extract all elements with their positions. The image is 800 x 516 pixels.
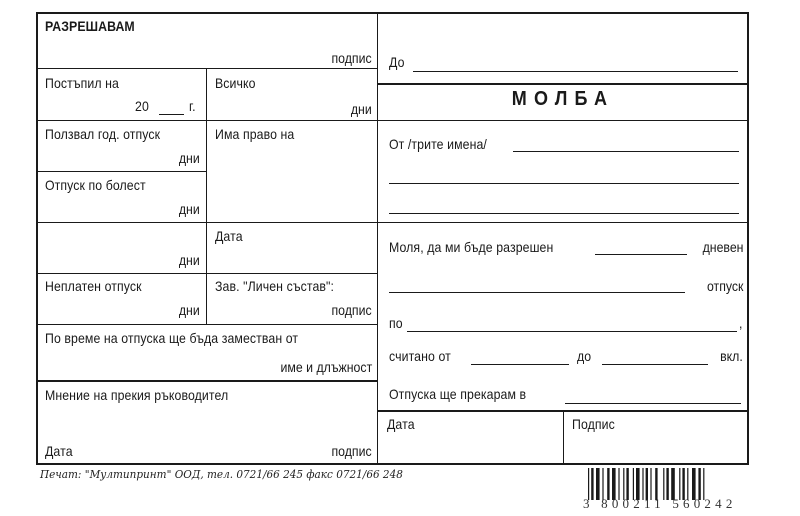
divider <box>377 120 749 121</box>
entitled-label: Има право на <box>215 126 294 142</box>
reason-field[interactable] <box>407 331 737 332</box>
left-column-divider <box>206 68 207 324</box>
total-unit: дни <box>351 101 372 117</box>
location-field[interactable] <box>565 403 741 404</box>
manager-date-label: Дата <box>45 443 73 459</box>
divider <box>36 273 377 274</box>
leave-type-field[interactable] <box>389 292 685 293</box>
approve-heading: РАЗРЕШАВАМ <box>45 18 135 34</box>
substitute-caption: име и длъжност <box>280 359 372 375</box>
divider <box>36 222 377 223</box>
personnel-head-signature: подпис <box>332 302 372 318</box>
divider <box>36 380 377 382</box>
name-field-3[interactable] <box>389 213 739 214</box>
from-date-label: считано от <box>389 348 451 364</box>
bottom-divider <box>563 410 564 465</box>
request-line3-suffix: , <box>739 315 743 331</box>
barcode-number: 3 800211 560242 <box>583 496 737 512</box>
request-line2-suffix: отпуск <box>707 278 743 294</box>
from-label: От /трите имена/ <box>389 136 487 152</box>
to-field[interactable] <box>413 71 738 72</box>
used-annual-unit: дни <box>179 150 200 166</box>
printer-imprint: Печат: "Мултипринт" ООД, тел. 0721/66 24… <box>40 468 403 481</box>
used-annual-label: Ползвал год. отпуск <box>45 126 160 142</box>
divider <box>36 68 377 69</box>
unpaid-unit: дни <box>179 302 200 318</box>
divider <box>377 83 749 85</box>
form-title: МОЛБА <box>396 88 731 111</box>
total-label: Всичко <box>215 75 256 91</box>
approval-date-label: Дата <box>215 228 243 244</box>
received-year-field[interactable] <box>159 114 184 115</box>
center-divider <box>377 12 378 465</box>
divider <box>36 120 377 121</box>
received-label: Постъпил на <box>45 75 119 91</box>
days-count-field[interactable] <box>595 254 687 255</box>
approve-signature-caption: подпис <box>332 50 372 66</box>
manager-signature: подпис <box>332 443 372 459</box>
divider <box>36 171 206 172</box>
request-line1-suffix: дневен <box>702 239 743 255</box>
name-field-2[interactable] <box>389 183 739 184</box>
request-line1-prefix: Моля, да ми бъде разрешен <box>389 239 553 255</box>
manager-opinion-label: Мнение на прекия ръководител <box>45 387 228 403</box>
from-date-field[interactable] <box>471 364 569 365</box>
received-year-suffix: г. <box>189 98 196 114</box>
received-year-prefix: 20 <box>135 98 149 114</box>
to-label: До <box>389 54 405 70</box>
to-date-field[interactable] <box>602 364 708 365</box>
sick-leave-unit: дни <box>179 201 200 217</box>
unpaid-label: Неплатен отпуск <box>45 278 142 294</box>
location-label: Отпуска ще прекарам в <box>389 386 526 402</box>
substitute-label: По време на отпуска ще бъда заместван от <box>45 330 298 346</box>
to-date-label: до <box>577 348 591 364</box>
blank-row-unit: дни <box>179 252 200 268</box>
inclusive-label: вкл. <box>720 348 743 364</box>
divider <box>377 222 749 223</box>
request-date-label: Дата <box>387 416 415 432</box>
request-line3-prefix: по <box>389 315 403 331</box>
sick-leave-label: Отпуск по болест <box>45 177 146 193</box>
request-signature-label: Подпис <box>572 416 615 432</box>
name-field-1[interactable] <box>513 151 739 152</box>
personnel-head-label: Зав. "Личен състав": <box>215 278 334 294</box>
divider <box>36 324 377 325</box>
